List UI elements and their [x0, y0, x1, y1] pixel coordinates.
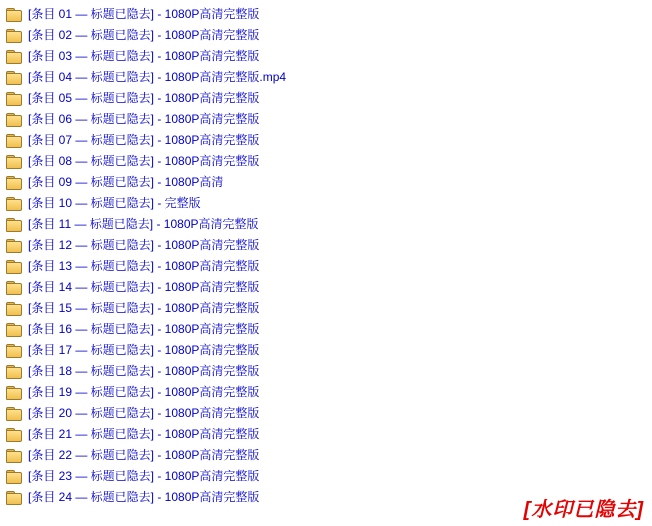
file-list-item[interactable]: [条目 13 — 标题已隐去] - 1080P高清完整版: [4, 256, 652, 277]
file-list-item[interactable]: [条目 05 — 标题已隐去] - 1080P高清完整版: [4, 88, 652, 109]
folder-icon: [6, 8, 22, 21]
folder-icon: [6, 239, 22, 252]
file-label: [条目 16 — 标题已隐去] - 1080P高清完整版: [28, 319, 259, 340]
file-label: [条目 17 — 标题已隐去] - 1080P高清完整版: [28, 340, 259, 361]
file-list-item[interactable]: [条目 02 — 标题已隐去] - 1080P高清完整版: [4, 25, 652, 46]
file-list-item[interactable]: [条目 17 — 标题已隐去] - 1080P高清完整版: [4, 340, 652, 361]
file-label: [条目 03 — 标题已隐去] - 1080P高清完整版: [28, 46, 259, 67]
file-label: [条目 23 — 标题已隐去] - 1080P高清完整版: [28, 466, 259, 487]
site-watermark: [水印已隐去]: [524, 493, 644, 522]
file-list-item[interactable]: [条目 21 — 标题已隐去] - 1080P高清完整版: [4, 424, 652, 445]
folder-icon: [6, 113, 22, 126]
file-list-item[interactable]: [条目 16 — 标题已隐去] - 1080P高清完整版: [4, 319, 652, 340]
file-list: [条目 01 — 标题已隐去] - 1080P高清完整版 [条目 02 — 标题…: [0, 0, 652, 508]
folder-icon: [6, 470, 22, 483]
folder-icon: [6, 197, 22, 210]
folder-icon: [6, 449, 22, 462]
folder-icon: [6, 428, 22, 441]
file-label: [条目 05 — 标题已隐去] - 1080P高清完整版: [28, 88, 259, 109]
folder-icon: [6, 386, 22, 399]
file-label: [条目 14 — 标题已隐去] - 1080P高清完整版: [28, 277, 259, 298]
file-label: [条目 11 — 标题已隐去] - 1080P高清完整版: [28, 214, 259, 235]
file-label: [条目 12 — 标题已隐去] - 1080P高清完整版: [28, 235, 259, 256]
folder-icon: [6, 71, 22, 84]
file-list-item[interactable]: [条目 09 — 标题已隐去] - 1080P高清: [4, 172, 652, 193]
file-label: [条目 24 — 标题已隐去] - 1080P高清完整版: [28, 487, 259, 508]
folder-icon: [6, 155, 22, 168]
folder-icon: [6, 407, 22, 420]
file-label: [条目 20 — 标题已隐去] - 1080P高清完整版: [28, 403, 259, 424]
folder-icon: [6, 176, 22, 189]
file-list-item[interactable]: [条目 12 — 标题已隐去] - 1080P高清完整版: [4, 235, 652, 256]
file-label: [条目 21 — 标题已隐去] - 1080P高清完整版: [28, 424, 259, 445]
file-list-item[interactable]: [条目 14 — 标题已隐去] - 1080P高清完整版: [4, 277, 652, 298]
file-list-item[interactable]: [条目 22 — 标题已隐去] - 1080P高清完整版: [4, 445, 652, 466]
file-list-item[interactable]: [条目 23 — 标题已隐去] - 1080P高清完整版: [4, 466, 652, 487]
file-list-item[interactable]: [条目 07 — 标题已隐去] - 1080P高清完整版: [4, 130, 652, 151]
file-list-item[interactable]: [条目 18 — 标题已隐去] - 1080P高清完整版: [4, 361, 652, 382]
file-label: [条目 10 — 标题已隐去] - 完整版: [28, 193, 201, 214]
folder-icon: [6, 50, 22, 63]
folder-icon: [6, 260, 22, 273]
file-label: [条目 15 — 标题已隐去] - 1080P高清完整版: [28, 298, 259, 319]
file-label: [条目 02 — 标题已隐去] - 1080P高清完整版: [28, 25, 259, 46]
file-list-item[interactable]: [条目 20 — 标题已隐去] - 1080P高清完整版: [4, 403, 652, 424]
file-label: [条目 01 — 标题已隐去] - 1080P高清完整版: [28, 4, 259, 25]
file-label: [条目 19 — 标题已隐去] - 1080P高清完整版: [28, 382, 259, 403]
folder-icon: [6, 29, 22, 42]
folder-icon: [6, 323, 22, 336]
file-list-item[interactable]: [条目 01 — 标题已隐去] - 1080P高清完整版: [4, 4, 652, 25]
file-list-item[interactable]: [条目 08 — 标题已隐去] - 1080P高清完整版: [4, 151, 652, 172]
folder-icon: [6, 365, 22, 378]
folder-icon: [6, 302, 22, 315]
file-label: [条目 08 — 标题已隐去] - 1080P高清完整版: [28, 151, 259, 172]
file-label: [条目 22 — 标题已隐去] - 1080P高清完整版: [28, 445, 259, 466]
file-label: [条目 06 — 标题已隐去] - 1080P高清完整版: [28, 109, 259, 130]
file-label: [条目 09 — 标题已隐去] - 1080P高清: [28, 172, 223, 193]
file-list-item[interactable]: [条目 19 — 标题已隐去] - 1080P高清完整版: [4, 382, 652, 403]
file-list-item[interactable]: [条目 04 — 标题已隐去] - 1080P高清完整版.mp4: [4, 67, 652, 88]
file-label: [条目 18 — 标题已隐去] - 1080P高清完整版: [28, 361, 259, 382]
folder-icon: [6, 491, 22, 504]
file-list-item[interactable]: [条目 11 — 标题已隐去] - 1080P高清完整版: [4, 214, 652, 235]
file-list-item[interactable]: [条目 06 — 标题已隐去] - 1080P高清完整版: [4, 109, 652, 130]
file-list-item[interactable]: [条目 03 — 标题已隐去] - 1080P高清完整版: [4, 46, 652, 67]
file-label: [条目 13 — 标题已隐去] - 1080P高清完整版: [28, 256, 259, 277]
file-list-item[interactable]: [条目 15 — 标题已隐去] - 1080P高清完整版: [4, 298, 652, 319]
folder-icon: [6, 92, 22, 105]
file-label: [条目 04 — 标题已隐去] - 1080P高清完整版.mp4: [28, 67, 286, 88]
folder-icon: [6, 218, 22, 231]
folder-icon: [6, 281, 22, 294]
folder-icon: [6, 134, 22, 147]
file-list-item[interactable]: [条目 10 — 标题已隐去] - 完整版: [4, 193, 652, 214]
file-label: [条目 07 — 标题已隐去] - 1080P高清完整版: [28, 130, 259, 151]
folder-icon: [6, 344, 22, 357]
